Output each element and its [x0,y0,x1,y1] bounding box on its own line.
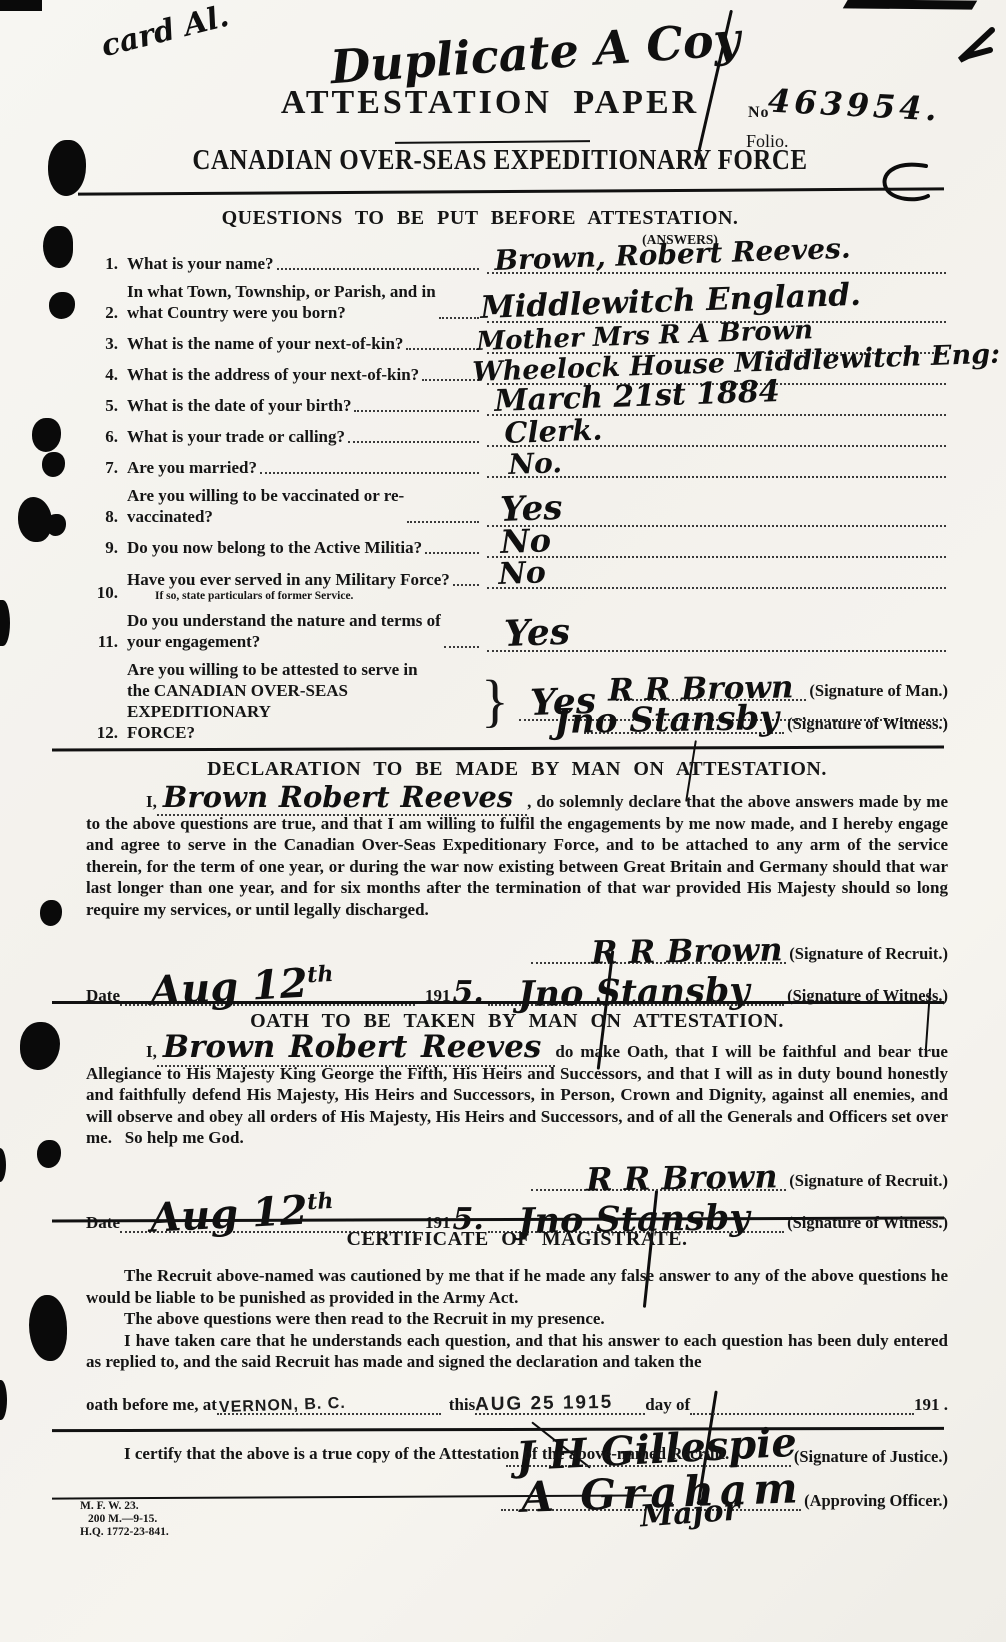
dotted-leader [260,472,479,474]
oath-before-me-row: oath before me, at VERNON, B. C. this AU… [86,1381,948,1415]
approving-officer-label: (Approving Officer.) [804,1491,948,1511]
question-row-9: 9. Do you now belong to the Active Milit… [86,534,946,558]
rank-handwriting: Major [639,1493,741,1535]
declaration-section: DECLARATION TO BE MADE BY MAN ON ATTESTA… [86,758,948,1006]
ink-blot [0,600,10,646]
question-text: In what Town, Township, or Parish, and i… [127,281,436,323]
scan-artifact-top-left-bar [0,0,42,11]
answer-handwriting: Brown, Robert Reeves. [494,232,851,277]
question-row-1: 1. What is your name? Brown, Robert Reev… [86,250,946,274]
dotted-leader [406,348,479,350]
month-line [690,1379,914,1415]
declaration-name-handwriting: Brown Robert Reeves [157,780,527,816]
declaration-force-bold: Canadian Over-Seas Expeditionary Force, [284,835,599,854]
question-row-11: 11. Do you understand the nature and ter… [86,610,946,652]
scribble-note: card Al. [98,0,233,64]
magistrate-para2: The above questions were then read to th… [86,1308,948,1330]
dotted-leader [453,584,479,586]
question-row-10: 10. Have you ever served in any Military… [86,565,946,603]
signature-of-man-label: (Signature of Man.) [809,681,948,701]
certify-text: I certify that the above is a true copy … [86,1443,948,1465]
ink-blot [20,1022,60,1070]
answer-line: No [487,534,946,558]
answer-line: No [487,565,946,589]
declaration-paragraph: I,Brown Robert Reeves, do solemnly decla… [86,791,948,920]
day-of-label: day of [645,1395,690,1415]
dotted-leader [422,379,479,381]
magistrate-para3: I have taken care that he understands ea… [86,1330,948,1373]
witness-signature-line: Jno Stansby [488,962,784,1006]
witness-signature-line: Jno Stansby [488,1189,784,1233]
question-text: Do you understand the nature and terms o… [127,610,441,652]
magistrate-para1: The Recruit above-named was cautioned by… [86,1265,948,1308]
answer-line: Brown, Robert Reeves. [487,250,946,274]
signature-line: Jno Stansby [584,699,784,734]
year-printed: 191 . [914,1395,948,1415]
declaration-date-row: Date Aug 12th 191 5. Jno Stansby (Signat… [86,964,948,1006]
date-handwriting: Aug 12th [149,958,335,1015]
question-row-2: 2. In what Town, Township, or Parish, an… [86,281,946,323]
page-title: ATTESTATION PAPER [180,84,800,122]
question-note: If so, state particulars of former Servi… [155,590,479,603]
question-row-4: 4. What is the address of your next-of-k… [86,361,946,385]
stamp-date-line: AUG 25 1915 [475,1379,645,1415]
dotted-leader [439,317,479,319]
dotted-leader [354,410,479,412]
question-text: Are you married? [127,457,257,478]
answer-line: No. [487,454,946,478]
form-number-line1: M. F. W. 23. [80,1500,169,1513]
question-text: What is the address of your next-of-kin? [127,364,419,385]
this-label: this [449,1395,475,1415]
answer-handwriting: No. [508,446,563,481]
question-row-8: 8. Are you willing to be vaccinated or r… [86,485,946,527]
c-pen-mark [872,158,932,206]
oath-date-row: Date Aug 12th 191 5. Jno Stansby (Signat… [86,1191,948,1233]
answer-line: March 21st 1884 [487,392,946,416]
date-line: Aug 12th [120,1189,415,1233]
signature-of-recruit-label: (Signature of Recruit.) [789,1171,948,1191]
oath-before-me-text: oath before me, at [86,1395,217,1415]
ink-blot [40,900,62,926]
dotted-leader [425,552,479,554]
question-text: What is the name of your next-of-kin? [127,333,403,354]
answer-handwriting: Clerk. [504,413,603,450]
approving-signature-row: A Graham (Approving Officer.) [86,1467,948,1511]
ink-blot [0,1148,6,1182]
ink-blot [49,292,75,319]
oath-paragraph: I,Brown Robert Reevesdo make Oath, that … [86,1041,948,1149]
attestation-paper-scan: card Al. Duplicate A Coy ATTESTATION PAP… [0,0,1006,1642]
ink-blot [32,418,61,452]
question-row-7: 7. Are you married? No. [86,454,946,478]
signature-line: R R Brown [531,922,786,964]
answer-line: Yes [487,628,946,652]
ink-blot [42,452,65,477]
oath-king-bold: King George the Fifth, [280,1064,447,1083]
dotted-leader [348,441,479,443]
signature-of-witness-row: Jno Stansby (Signature of Witness.) [86,701,948,734]
place-stamp: VERNON, B. C. [219,1394,346,1416]
question-text: What is your trade or calling? [127,426,345,447]
question-text: What is the date of your birth? [127,395,351,416]
question-text: What is your name? [127,253,274,274]
ink-blot [46,514,66,536]
date-line: Aug 12th [120,962,415,1006]
ink-blot [29,1295,67,1361]
form-number-line3: H.Q. 1772-23-841. [80,1526,169,1539]
header-rule [78,187,944,195]
oath-name-handwriting: Brown Robert Reeves [157,1029,555,1067]
signature-of-man-row: R R Brown (Signature of Man.) [86,668,948,701]
dotted-leader [277,268,479,270]
dotted-leader [444,646,479,648]
questions-signatures: R R Brown (Signature of Man.) Jno Stansb… [86,668,948,734]
oath-recruit-signature-row: R R Brown (Signature of Recruit.) [86,1153,948,1191]
form-footer: M. F. W. 23. 200 M.—9-15. H.Q. 1772-23-8… [80,1500,169,1539]
question-text: Have you ever served in any Military For… [127,569,450,590]
declaration-recruit-signature-row: R R Brown (Signature of Recruit.) [86,924,948,964]
ink-blot [37,1140,61,1168]
question-text: Are you willing to be vaccinated or re- … [127,485,404,527]
checkmark-icon [938,26,996,68]
scan-artifact-top-right-bar [843,0,977,10]
question-row-5: 5. What is the date of your birth? March… [86,392,946,416]
oath-section: OATH TO BE TAKEN BY MAN ON ATTESTATION. … [86,1010,948,1233]
witness-signature-handwriting: Jno Stansby [554,698,780,742]
answer-line: Clerk. [487,423,946,447]
duplicate-note: Duplicate A Coy [329,12,742,95]
answer-line: Yes [487,503,946,527]
oath-intro: I, [146,1042,157,1061]
ink-blot [0,1380,7,1420]
question-row-6: 6. What is your trade or calling? Clerk. [86,423,946,447]
ink-blot [48,140,86,196]
date-stamp: AUG 25 1915 [475,1391,614,1415]
signature-of-recruit-label: (Signature of Recruit.) [789,944,948,964]
year-handwriting: 5. [452,975,483,1010]
witness-signature-handwriting: Jno Stansby [517,970,749,1015]
questions-heading: QUESTIONS TO BE PUT BEFORE ATTESTATION. [130,207,830,230]
place-line: VERNON, B. C. [217,1379,441,1415]
certify-section: I certify that the above is a true copy … [86,1443,948,1511]
magistrate-heading: CERTIFICATE OF MAGISTRATE. [86,1228,948,1251]
answer-handwriting: Yes [504,611,571,655]
question-text: Do you now belong to the Active Militia? [127,537,422,558]
declaration-heading: DECLARATION TO BE MADE BY MAN ON ATTESTA… [86,758,948,781]
form-number-line2: 200 M.—9-15. [80,1513,169,1526]
declaration-intro: I, [146,792,157,811]
signature-of-witness-label: (Signature of Witness.) [787,714,948,734]
signature-line: R R Brown [531,1151,786,1191]
signature-line: R R Brown [616,666,806,701]
answer-handwriting: No [498,555,547,592]
section-rule [52,1001,944,1004]
dotted-leader [407,521,479,523]
page-subtitle: CANADIAN OVER-SEAS EXPEDITIONARY FORCE [155,145,845,176]
ink-blot [43,226,73,268]
title-rule [395,140,590,144]
